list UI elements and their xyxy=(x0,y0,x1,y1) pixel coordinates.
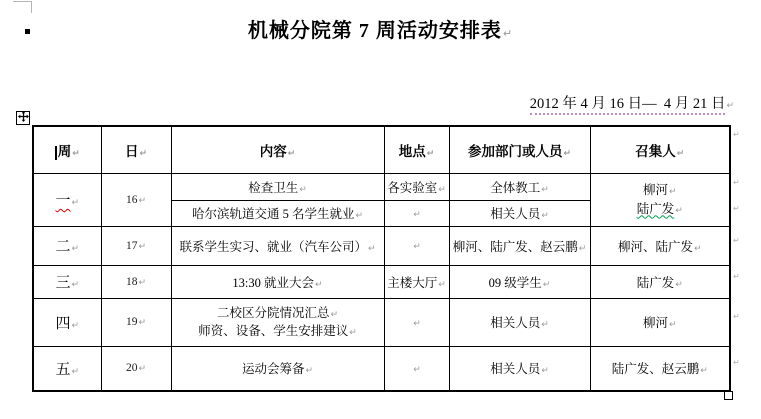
cell-content-fri[interactable]: 运动会筹备↵ xyxy=(171,346,384,391)
cell-convener-mon[interactable]: 柳河↵ 陆广发↵ xyxy=(590,173,730,226)
cell-week-mon[interactable]: 一↵ xyxy=(33,173,101,226)
cell-content-thu[interactable]: 二校区分院情况汇总↵ 师资、设备、学生安排建议↵ xyxy=(171,298,384,346)
paragraph-mark-icon: ↵ xyxy=(503,27,513,40)
cell-day-17[interactable]: 17↵ xyxy=(101,226,171,265)
paragraph-mark-icon: ↵ xyxy=(349,328,357,338)
cell-week-wed[interactable]: 三↵ xyxy=(33,265,101,298)
cell-day-19[interactable]: 19↵ xyxy=(101,298,171,346)
paragraph-mark-icon: ↵ xyxy=(72,149,80,159)
end-of-row-mark: ↵ xyxy=(733,236,740,245)
paragraph-mark-icon: ↵ xyxy=(305,366,313,376)
cell-convener-tue[interactable]: 柳河、陆广发↵ xyxy=(590,226,730,265)
paragraph-mark-icon: ↵ xyxy=(541,320,549,330)
page-margin-corner-mark xyxy=(13,1,32,13)
table-row: 三↵ 18↵ 13:30 就业大会↵ 主楼大厅↵ 09 级学生↵ 陆广发↵ xyxy=(33,265,730,298)
header-place[interactable]: 地点↵ xyxy=(384,126,449,173)
cell-participants-thu[interactable]: 相关人员↵ xyxy=(449,298,590,346)
cell-participants-mon-2[interactable]: 相关人员↵ xyxy=(449,200,590,226)
paragraph-mark-icon: ↵ xyxy=(413,319,421,329)
paragraph-mark-icon: ↵ xyxy=(71,280,79,290)
cell-day-20[interactable]: 20↵ xyxy=(101,346,171,391)
cell-participants-mon-1[interactable]: 全体教工↵ xyxy=(449,173,590,200)
header-day[interactable]: 日↵ xyxy=(101,126,171,173)
cell-participants-wed[interactable]: 09 级学生↵ xyxy=(449,265,590,298)
cell-day-16[interactable]: 16↵ xyxy=(101,173,171,226)
paragraph-mark-icon: ↵ xyxy=(675,206,683,216)
paragraph-mark-icon: ↵ xyxy=(71,244,79,254)
cell-participants-fri[interactable]: 相关人员↵ xyxy=(449,346,590,391)
paragraph-mark-icon: ↵ xyxy=(438,280,446,290)
paragraph-mark-icon: ↵ xyxy=(541,185,549,195)
paragraph-mark-icon: ↵ xyxy=(669,320,677,330)
cell-content-wed[interactable]: 13:30 就业大会↵ xyxy=(171,265,384,298)
paragraph-mark-icon: ↵ xyxy=(675,280,683,290)
paragraph-mark-icon: ↵ xyxy=(726,101,734,111)
cell-content-mon-1[interactable]: 检查卫生↵ xyxy=(171,173,384,200)
cell-content-mon-2[interactable]: 哈尔滨轨道交通 5 名学生就业↵ xyxy=(171,200,384,226)
convener-line: 陆广发↵ xyxy=(593,200,728,218)
end-of-row-mark: ↵ xyxy=(733,130,740,139)
paragraph-mark-icon: ↵ xyxy=(299,185,307,195)
cell-participants-tue[interactable]: 柳河、陆广发、赵云鹏↵ xyxy=(449,226,590,265)
paragraph-mark-icon: ↵ xyxy=(138,196,146,206)
content-line: 师资、设备、学生安排建议↵ xyxy=(174,322,382,340)
end-of-row-mark: ↵ xyxy=(733,178,740,187)
paragraph-mark-icon: ↵ xyxy=(138,364,146,374)
end-of-row-mark: ↵ xyxy=(733,358,740,367)
cell-place-fri[interactable]: ↵ xyxy=(384,346,449,391)
cell-week-tue[interactable]: 二↵ xyxy=(33,226,101,265)
paragraph-mark-icon: ↵ xyxy=(315,280,323,290)
content-line: 二校区分院情况汇总↵ xyxy=(174,304,382,322)
table-resize-handle[interactable] xyxy=(724,391,733,400)
paragraph-mark-icon: ↵ xyxy=(700,366,708,376)
paragraph-mark-icon: ↵ xyxy=(563,149,571,159)
convener-line: 柳河↵ xyxy=(593,181,728,199)
date-range-text: 2012 年 4 月 16 日— 4 月 21 日 xyxy=(530,96,726,115)
paragraph-mark-icon: ↵ xyxy=(438,185,446,195)
paragraph-mark-icon: ↵ xyxy=(368,244,376,254)
paragraph-mark-icon: ↵ xyxy=(413,365,421,375)
cell-day-18[interactable]: 18↵ xyxy=(101,265,171,298)
paragraph-mark-icon: ↵ xyxy=(139,149,147,159)
document-page: 机械分院第 7 周活动安排表↵ 2012 年 4 月 16 日— 4 月 21 … xyxy=(0,0,761,419)
paragraph-mark-icon: ↵ xyxy=(541,366,549,376)
paragraph-mark-icon: ↵ xyxy=(355,211,363,221)
table-move-handle[interactable] xyxy=(16,111,30,125)
header-convener[interactable]: 召集人↵ xyxy=(590,126,730,173)
cell-place-wed[interactable]: 主楼大厅↵ xyxy=(384,265,449,298)
paragraph-mark-icon: ↵ xyxy=(71,367,79,377)
paragraph-mark-icon: ↵ xyxy=(694,244,702,254)
header-week[interactable]: 周↵ xyxy=(33,126,101,173)
move-arrows-icon xyxy=(18,109,29,127)
page-title: 机械分院第 7 周活动安排表 xyxy=(248,20,502,42)
header-content[interactable]: 内容↵ xyxy=(171,126,384,173)
paragraph-mark-icon: ↵ xyxy=(413,242,421,252)
table-row: 四↵ 19↵ 二校区分院情况汇总↵ 师资、设备、学生安排建议↵ ↵ 相关人员↵ … xyxy=(33,298,730,346)
cell-convener-thu[interactable]: 柳河↵ xyxy=(590,298,730,346)
cell-place-mon-2[interactable]: ↵ xyxy=(384,200,449,226)
paragraph-mark-icon: ↵ xyxy=(669,187,677,197)
document-title-line[interactable]: 机械分院第 7 周活动安排表↵ xyxy=(0,14,761,43)
table-row: 五↵ 20↵ 运动会筹备↵ ↵ 相关人员↵ 陆广发、赵云鹏↵ xyxy=(33,346,730,391)
cell-place-mon-1[interactable]: 各实验室↵ xyxy=(384,173,449,200)
date-range-line[interactable]: 2012 年 4 月 16 日— 4 月 21 日↵ xyxy=(515,75,734,130)
cell-place-tue[interactable]: ↵ xyxy=(384,226,449,265)
schedule-table: 周↵ 日↵ 内容↵ 地点↵ 参加部门或人员↵ 召集人↵ 一↵ 16↵ 检查卫生↵… xyxy=(32,125,731,392)
paragraph-mark-icon: ↵ xyxy=(543,280,551,290)
paragraph-mark-icon: ↵ xyxy=(138,278,146,288)
end-of-row-mark: ↵ xyxy=(733,272,740,281)
paragraph-mark-icon: ↵ xyxy=(71,321,79,331)
end-of-row-mark: ↵ xyxy=(733,312,740,321)
table-row: 二↵ 17↵ 联系学生实习、就业（汽车公司）↵ ↵ 柳河、陆广发、赵云鹏↵ 柳河… xyxy=(33,226,730,265)
cell-content-tue[interactable]: 联系学生实习、就业（汽车公司）↵ xyxy=(171,226,384,265)
paragraph-mark-icon: ↵ xyxy=(427,149,435,159)
header-row: 周↵ 日↵ 内容↵ 地点↵ 参加部门或人员↵ 召集人↵ xyxy=(33,126,730,173)
cell-place-thu[interactable]: ↵ xyxy=(384,298,449,346)
table-row: 一↵ 16↵ 检查卫生↵ 各实验室↵ 全体教工↵ 柳河↵ 陆广发↵ xyxy=(33,173,730,200)
text-cursor xyxy=(55,146,57,160)
paragraph-mark-icon: ↵ xyxy=(288,149,296,159)
paragraph-mark-icon: ↵ xyxy=(413,210,421,220)
header-participants[interactable]: 参加部门或人员↵ xyxy=(449,126,590,173)
cell-convener-wed[interactable]: 陆广发↵ xyxy=(590,265,730,298)
paragraph-mark-icon: ↵ xyxy=(579,244,587,254)
cell-convener-fri[interactable]: 陆广发、赵云鹏↵ xyxy=(590,346,730,391)
cell-week-thu[interactable]: 四↵ xyxy=(33,298,101,346)
paragraph-mark-icon: ↵ xyxy=(541,211,549,221)
paragraph-mark-icon: ↵ xyxy=(71,198,79,208)
paragraph-mark-icon: ↵ xyxy=(138,318,146,328)
paragraph-mark-icon: ↵ xyxy=(138,242,146,252)
paragraph-mark-icon: ↵ xyxy=(677,149,685,159)
end-of-row-mark: ↵ xyxy=(733,204,740,213)
paragraph-mark-icon: ↵ xyxy=(330,310,338,320)
cell-week-fri[interactable]: 五↵ xyxy=(33,346,101,391)
